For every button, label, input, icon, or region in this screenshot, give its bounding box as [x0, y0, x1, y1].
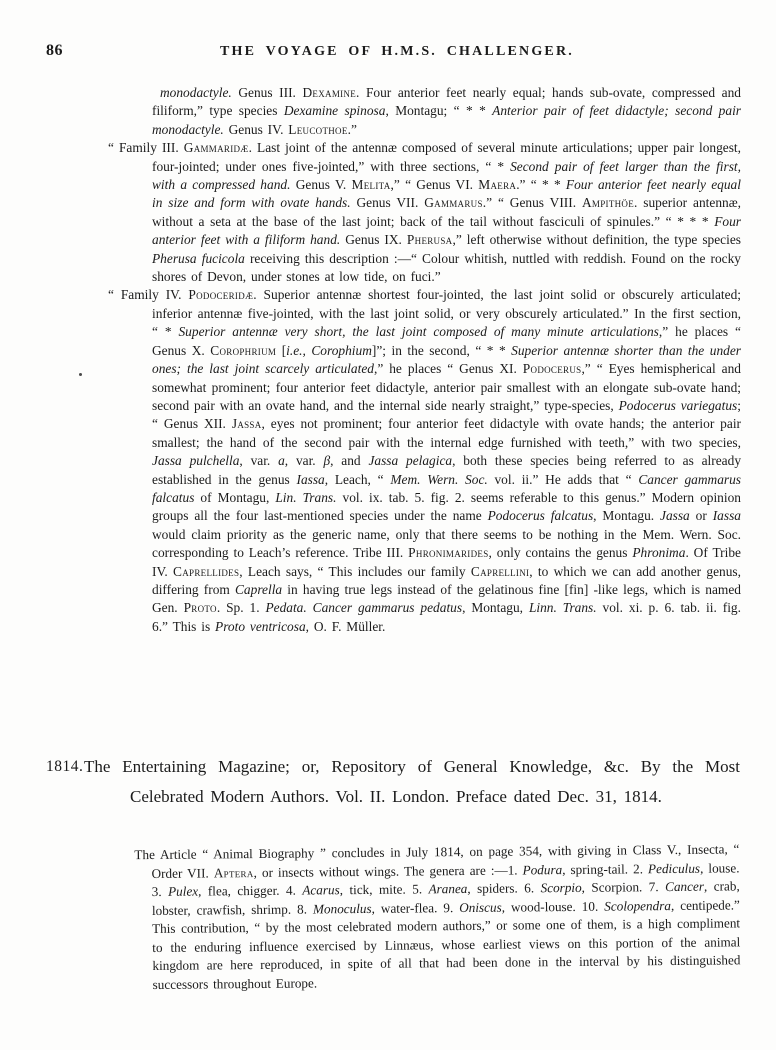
small-caps-name: Phronimarides — [408, 545, 488, 560]
italic-text: a — [278, 453, 285, 468]
small-caps-name: Gammarus — [424, 195, 483, 210]
small-caps-name: Podocerus — [523, 361, 582, 376]
italic-text: Mem. Wern. Soc. — [390, 472, 487, 487]
italic-text: Superior antennæ very short, the last jo… — [178, 324, 658, 339]
italic-text: monodactyle. — [160, 85, 232, 100]
entry-year-number: 1814. — [46, 758, 83, 776]
italic-text: Podocerus falcatus — [488, 508, 594, 523]
bibliography-excerpt: monodactyle. Genus III. Dexamine. Four a… — [108, 84, 741, 636]
italic-text: Iassa — [713, 508, 741, 523]
paragraph-genus-dexamine: monodactyle. Genus III. Dexamine. Four a… — [108, 84, 741, 139]
running-title: THE VOYAGE OF H.M.S. CHALLENGER. — [9, 44, 776, 60]
small-caps-name: Dexamine — [302, 85, 356, 100]
italic-text: Jassa pulchella — [152, 453, 239, 468]
italic-text: β — [323, 453, 330, 468]
italic-text: Jassa — [660, 508, 690, 523]
italic-text: Scolopendra — [604, 898, 671, 914]
italic-text: Proto ventricosa — [215, 619, 306, 634]
italic-text: Linn. Trans. — [529, 600, 597, 615]
small-caps-name: Ampithöe — [582, 195, 634, 210]
italic-text: Iassa — [296, 472, 324, 487]
italic-text: Podocerus variegatus — [619, 398, 738, 413]
scanned-book-page: 86 THE VOYAGE OF H.M.S. CHALLENGER. mono… — [0, 0, 776, 1050]
italic-text: Cancer — [665, 879, 704, 894]
small-caps-name: Leucothoe — [288, 122, 347, 137]
italic-text: Pedata. — [265, 600, 306, 615]
small-caps-name: Corophrium — [210, 343, 276, 358]
small-caps-name: Podoceridæ — [188, 287, 253, 302]
italic-text: Monoculus — [313, 900, 372, 916]
small-caps-name: Melita — [352, 177, 391, 192]
italic-text: Pulex — [168, 884, 198, 899]
italic-text: Phronima — [632, 545, 685, 560]
italic-text: Oniscus — [459, 899, 502, 914]
small-caps-name: Caprellini — [471, 564, 529, 579]
italic-text: Caprella — [235, 582, 282, 597]
paragraph-family-gammaridae: “ Family III. Gammaridæ. Last joint of t… — [108, 139, 741, 286]
italic-text: Podura — [523, 862, 563, 877]
italic-text: Anterior pair of feet didactyle; second … — [152, 103, 741, 136]
small-caps-name: Pherusa — [407, 232, 453, 247]
small-caps-name: Aptera — [214, 865, 254, 880]
entry-title: The Entertaining Magazine; or, Repositor… — [130, 752, 740, 811]
italic-text: Cancer gammarus pedatus — [313, 600, 462, 615]
italic-text: Scorpio — [541, 880, 582, 895]
small-caps-name: Gammaridæ — [184, 140, 249, 155]
entry-annotation-note: The Article “ Animal Biography ” conclud… — [151, 840, 740, 994]
italic-text: Pherusa fucicola — [152, 251, 245, 266]
italic-text: Dexamine spinosa — [284, 103, 386, 118]
italic-text: Acarus — [302, 882, 340, 897]
italic-text: Pediculus — [648, 860, 700, 875]
small-caps-name: Jassa — [232, 416, 262, 431]
scan-speck — [79, 373, 82, 376]
italic-text: i.e., Corophium — [286, 343, 372, 358]
small-caps-name: Caprellides — [173, 564, 239, 579]
italic-text: Jassa pelagica — [368, 453, 452, 468]
italic-text: Aranea — [428, 881, 467, 896]
small-caps-name: Proto — [184, 600, 217, 615]
small-caps-name: Maera — [478, 177, 516, 192]
paragraph-family-podoceridae: “ Family IV. Podoceridæ. Superior antenn… — [108, 286, 741, 636]
italic-text: Lin. Trans. — [275, 490, 336, 505]
